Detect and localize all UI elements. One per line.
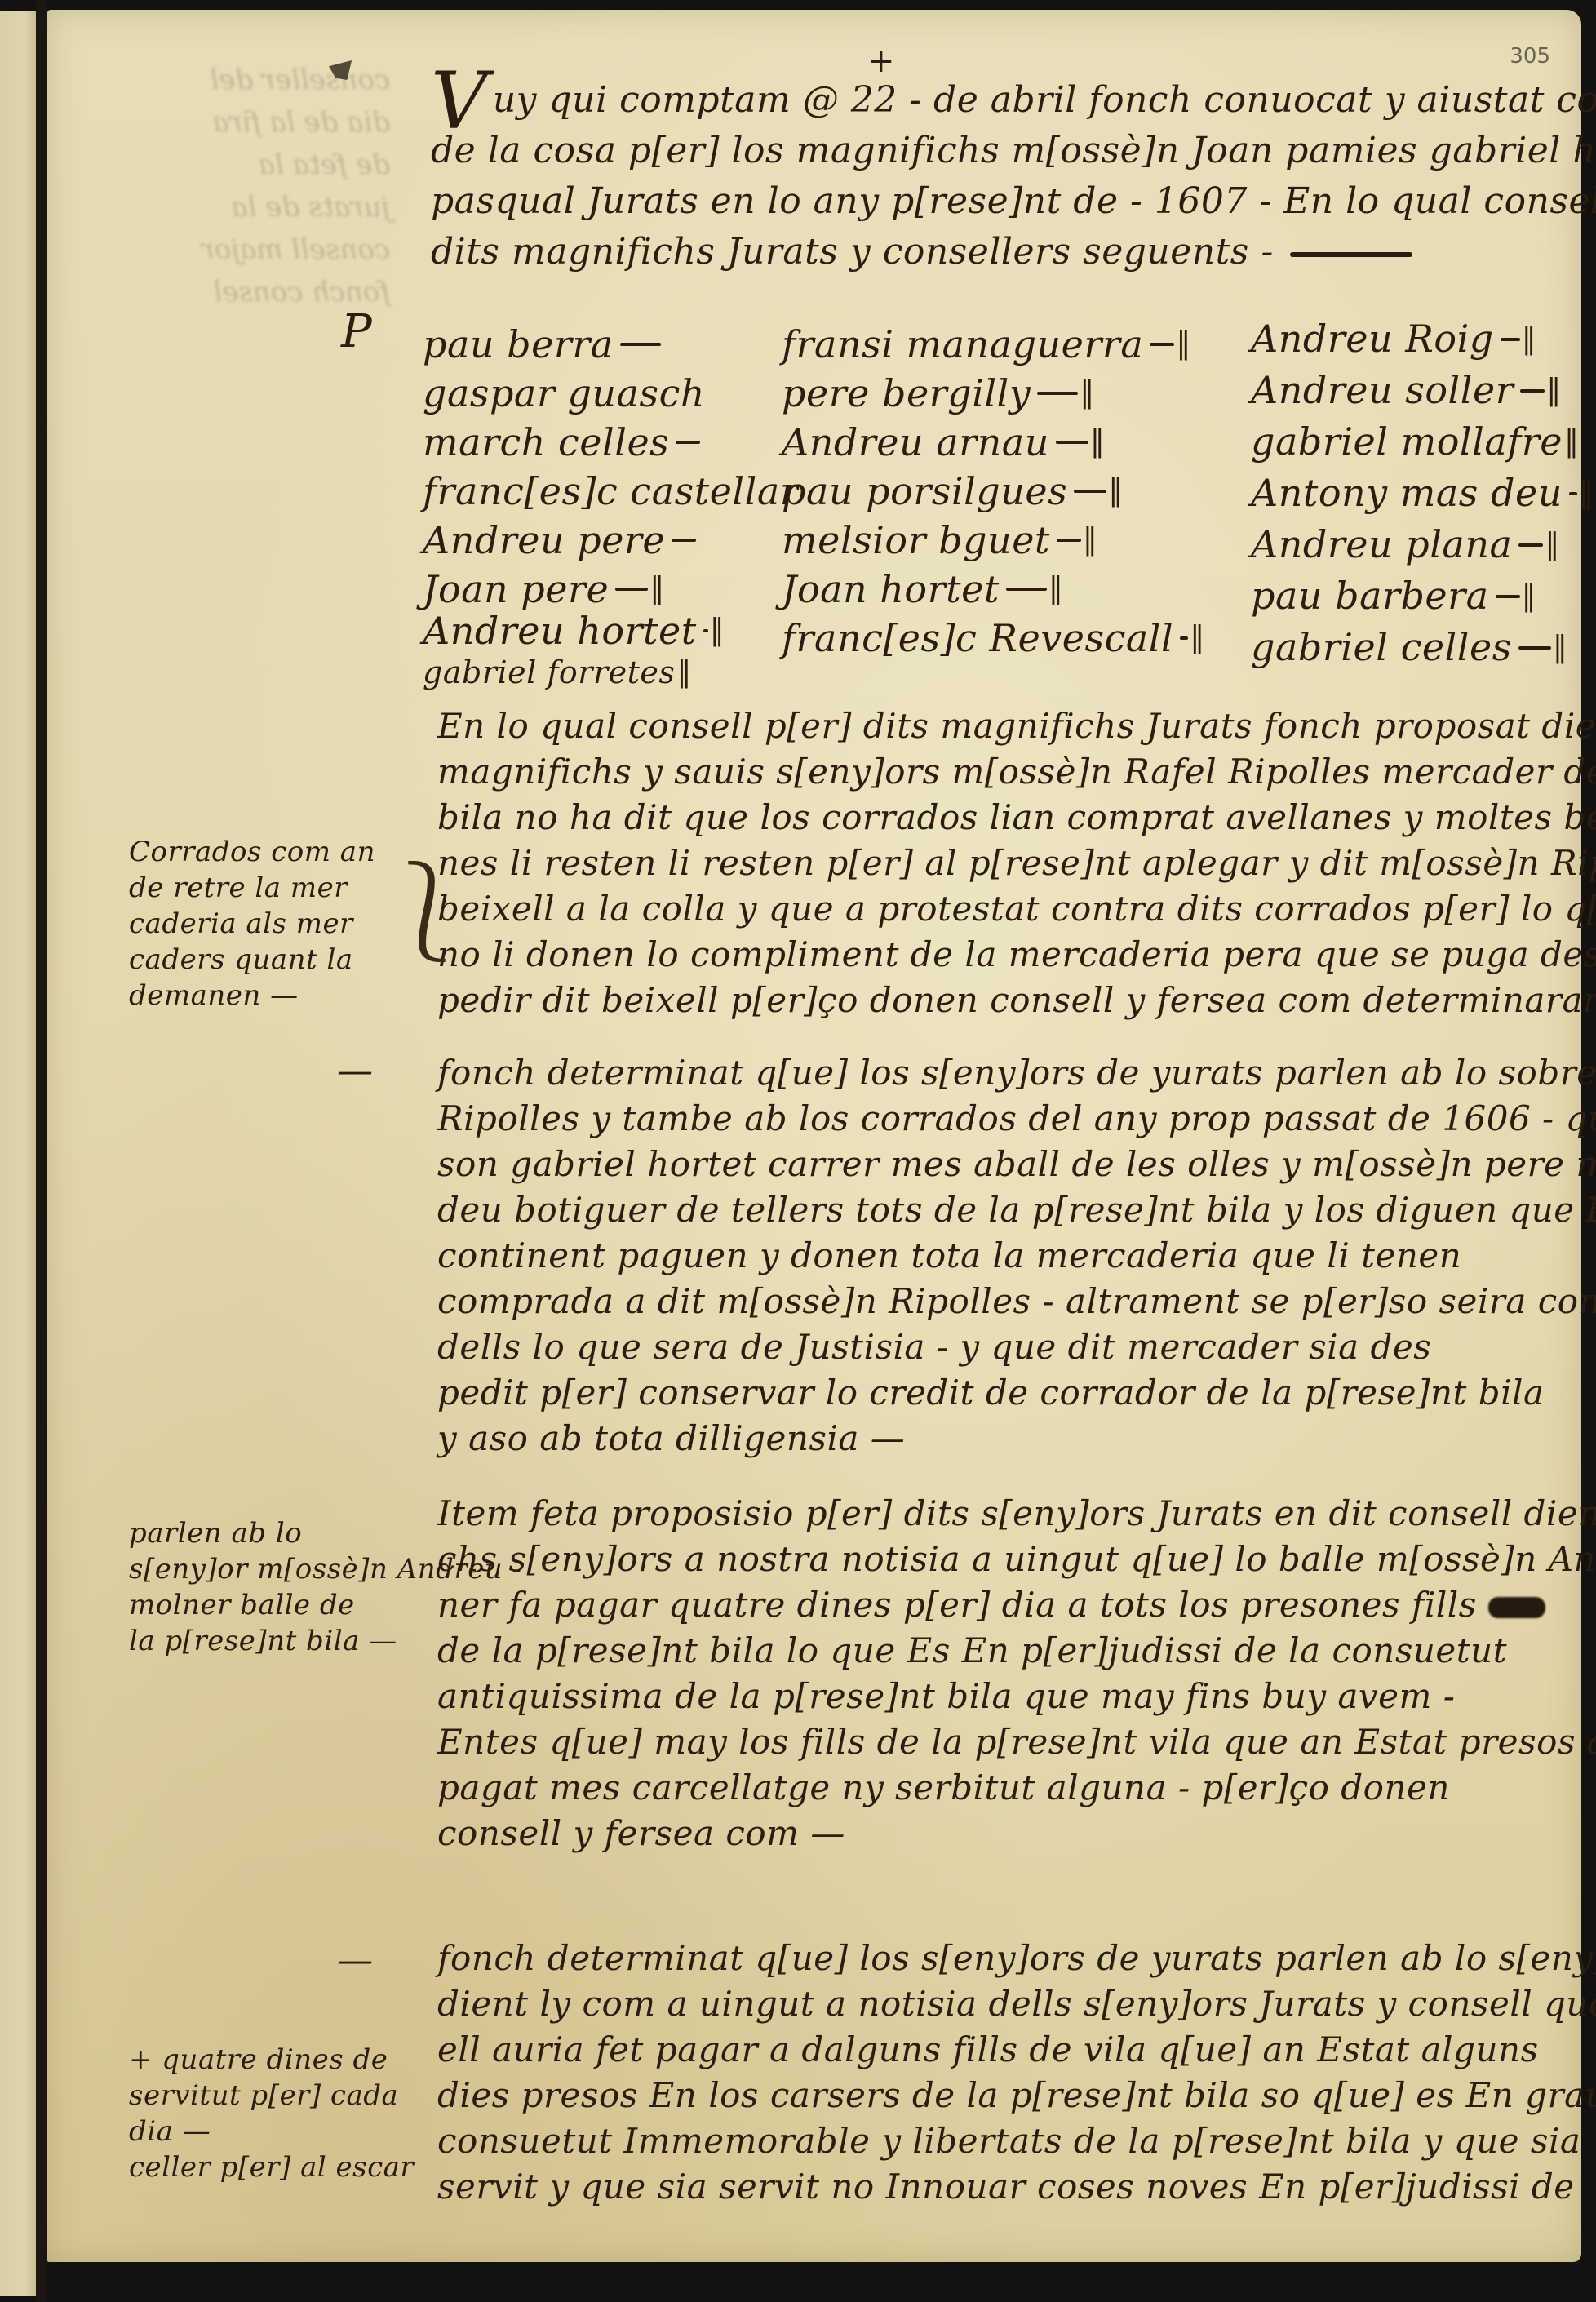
text-line: dies presos En los carsers de la p[rese]…	[437, 2073, 1596, 2118]
paragraph-dash: —	[337, 1940, 374, 1981]
margin-line: demanen —	[129, 978, 375, 1014]
paragraph-dash: —	[337, 1050, 374, 1092]
text-line: Item feta proposisio p[er] dits s[eny]or…	[437, 1491, 1596, 1537]
text-line: Entes q[ue] may los fills de la p[rese]n…	[437, 1719, 1596, 1765]
attendee-name: Andreu soller‖	[1251, 365, 1594, 416]
text-line: pedir dit beixell p[er]ço donen consell …	[437, 978, 1596, 1023]
bleed-through-text: conseller del dia de la fira de feta la …	[121, 59, 390, 320]
text-line: fonch determinat q[ue] los s[eny]ors de …	[437, 1050, 1596, 1096]
text-line: pedit p[er] conservar lo credit de corra…	[437, 1370, 1596, 1416]
attendee-name: gabriel forretes‖	[423, 648, 800, 697]
margin-line: caderia als mer	[129, 906, 375, 942]
attendee-name: pau porsilgues‖	[782, 467, 1205, 516]
margin-line: Corrados com an	[129, 834, 375, 870]
text-line: consuetut Immemorable y libertats de la …	[437, 2118, 1596, 2164]
text-line: de la p[rese]nt bila lo que Es En p[er]j…	[437, 1628, 1596, 1674]
previous-page-edge	[0, 11, 36, 2296]
text-line: nes li resten li resten p[er] al p[rese]…	[437, 841, 1596, 886]
text-line: y aso ab tota dilligensia —	[437, 1416, 1596, 1461]
proposal-paragraph-2: Item feta proposisio p[er] dits s[eny]or…	[437, 1491, 1596, 1856]
attendee-name: franc[es]c castellar	[423, 467, 800, 516]
margin-bracket: ⎱	[378, 834, 476, 974]
margin-line: s[eny]or m[ossè]n Andreu -	[129, 1551, 521, 1587]
text-line: dells lo que sera de Justisia - y que di…	[437, 1324, 1596, 1370]
text-line: pagat mes carcellatge ny serbitut alguna…	[437, 1765, 1596, 1811]
manuscript-page: conseller del dia de la fira de feta la …	[47, 10, 1581, 2262]
text-line: continent paguen y donen tota la mercade…	[437, 1233, 1596, 1279]
text-line: antiquissima de la p[rese]nt bila que ma…	[437, 1674, 1596, 1719]
text-line: son gabriel hortet carrer mes aball de l…	[437, 1142, 1596, 1187]
determination-paragraph-1: fonch determinat q[ue] los s[eny]ors de …	[437, 1050, 1596, 1461]
margin-line: la p[rese]nt bila —	[129, 1623, 521, 1659]
attendee-name: march celles	[423, 418, 800, 467]
book-gutter	[36, 0, 47, 2302]
margin-line: + quatre dines de	[129, 2042, 414, 2078]
margin-note-2: parlen ab lo s[eny]or m[ossè]n Andreu - …	[129, 1515, 521, 1659]
heading-line: de la cosa p[er] los magnifichs m[ossè]n…	[431, 126, 1596, 176]
attendee-name: Andreu plana‖	[1251, 519, 1594, 570]
attendee-name: pere bergilly‖	[782, 369, 1205, 418]
margin-line: de retre la mer	[129, 870, 375, 906]
text-line: magnifichs y sauis s[eny]ors m[ossè]n Ra…	[437, 749, 1596, 795]
opening-paragraph: V uy qui comptam @ 22 - de abril fonch c…	[431, 75, 1596, 277]
heading-line: dits magnifichs Jurats y consellers segu…	[431, 227, 1596, 277]
text-line: comprada a dit m[ossè]n Ripolles - altra…	[437, 1279, 1596, 1324]
text-line: dient ly com a uingut a notisia dells s[…	[437, 1981, 1596, 2027]
attendee-name: Andreu Roig‖	[1251, 313, 1594, 365]
attendee-name: melsior bguet‖	[782, 516, 1205, 565]
attendee-column-1: pau berra gaspar guasch march celles fra…	[423, 320, 800, 697]
text-line: beixell a la colla y que a protestat con…	[437, 886, 1596, 932]
text-line: chs s[eny]ors a nostra notisia a uingut …	[437, 1537, 1596, 1582]
attendee-name: gabriel celles‖	[1251, 622, 1594, 673]
attendee-name: Andreu pere	[423, 516, 800, 565]
heading-line: uy qui comptam @ 22 - de abril fonch con…	[431, 75, 1596, 126]
present-mark: P	[341, 305, 372, 358]
text-line: consell y fersea com —	[437, 1811, 1596, 1856]
attendee-name: Andreu hortet‖	[423, 614, 800, 648]
text-line: ner fa pagar quatre dines p[er] dia a to…	[437, 1582, 1596, 1628]
text-line: servit y que sia servit no Innouar coses…	[437, 2164, 1596, 2210]
attendee-name: franc[es]c Revescall‖	[782, 614, 1205, 663]
attendee-name: gaspar guasch	[423, 369, 800, 418]
ink-smudge	[1488, 1597, 1545, 1618]
margin-line: molner balle de	[129, 1587, 521, 1623]
attendee-name: Antony mas deu‖	[1251, 468, 1594, 519]
attendee-name: Joan hortet‖	[782, 565, 1205, 614]
text-line: fonch determinat q[ue] los s[eny]ors de …	[437, 1936, 1596, 1981]
margin-line: parlen ab lo	[129, 1515, 521, 1551]
attendee-name: Andreu arnau‖	[782, 418, 1205, 467]
text-line: ell auria fet pagar a dalguns fills de v…	[437, 2027, 1596, 2073]
margin-note-1: Corrados com an de retre la mer caderia …	[129, 834, 375, 1014]
text-line: deu botiguer de tellers tots de la p[res…	[437, 1187, 1596, 1233]
margin-line: celler p[er] al escar	[129, 2149, 414, 2185]
attendee-name: pau berra	[423, 320, 800, 369]
margin-note-3: + quatre dines de servitut p[er] cada di…	[129, 2042, 414, 2185]
margin-line: servitut p[er] cada	[129, 2078, 414, 2113]
attendee-column-2: fransi managuerra‖ pere bergilly‖ Andreu…	[782, 320, 1205, 663]
drop-cap: V	[431, 85, 488, 118]
margin-line: dia —	[129, 2113, 414, 2149]
text-line: bila no ha dit que los corrados lian com…	[437, 795, 1596, 841]
attendee-name: pau barbera‖	[1251, 570, 1594, 622]
attendee-column-3: Andreu Roig‖ Andreu soller‖ gabriel moll…	[1251, 313, 1594, 673]
text-line: En lo qual consell p[er] dits magnifichs…	[437, 703, 1596, 749]
attendee-name: fransi managuerra‖	[782, 320, 1205, 369]
text-line: no li donen lo compliment de la mercader…	[437, 932, 1596, 978]
text-line: Ripolles y tambe ab los corrados del any…	[437, 1096, 1596, 1142]
proposal-paragraph-1: En lo qual consell p[er] dits magnifichs…	[437, 703, 1596, 1023]
margin-line: caders quant la	[129, 942, 375, 978]
determination-paragraph-2: fonch determinat q[ue] los s[eny]ors de …	[437, 1936, 1596, 2210]
heading-line: pasqual Jurats en lo any p[rese]nt de - …	[431, 176, 1596, 227]
closing-rule	[1290, 252, 1412, 257]
folio-number: 305	[1510, 44, 1550, 69]
attendee-name: gabriel mollafre‖	[1251, 416, 1594, 468]
